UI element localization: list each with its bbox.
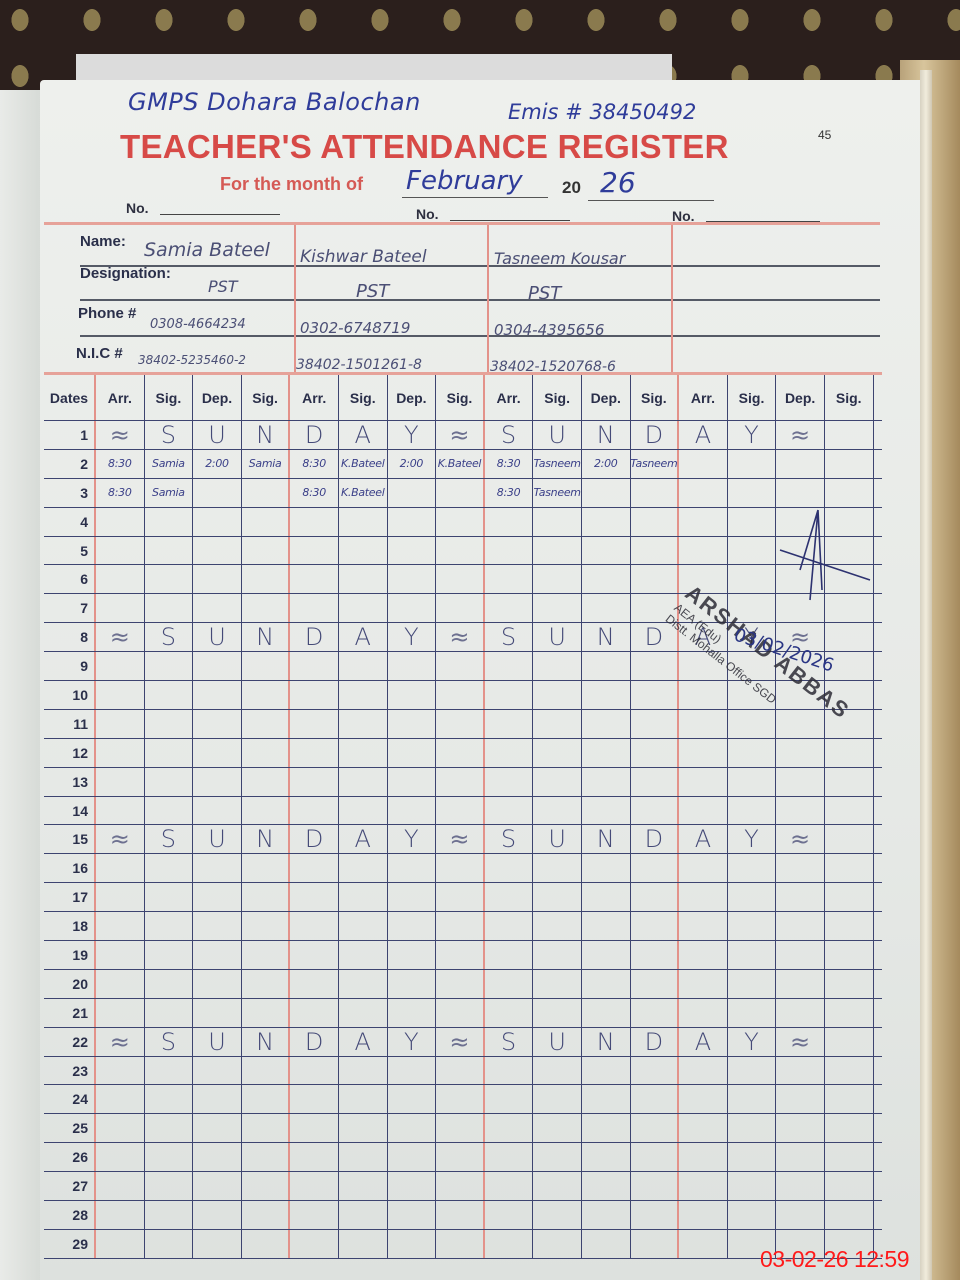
attendance-cell[interactable]: U <box>193 421 242 449</box>
attendance-cell[interactable]: D <box>290 623 339 651</box>
attendance-cell[interactable] <box>96 508 145 536</box>
attendance-cell[interactable] <box>436 1114 485 1142</box>
attendance-cell[interactable] <box>339 681 388 709</box>
attendance-cell[interactable] <box>290 854 339 882</box>
attendance-cell[interactable] <box>193 999 242 1027</box>
attendance-cell[interactable] <box>679 941 728 969</box>
attendance-cell[interactable] <box>96 941 145 969</box>
attendance-cell[interactable] <box>728 768 777 796</box>
attendance-cell[interactable] <box>436 1143 485 1171</box>
attendance-cell[interactable] <box>96 1230 145 1258</box>
attendance-cell[interactable] <box>339 999 388 1027</box>
attendance-cell[interactable] <box>582 479 631 507</box>
attendance-cell[interactable] <box>582 1201 631 1229</box>
attendance-cell[interactable] <box>290 1114 339 1142</box>
attendance-cell[interactable] <box>582 883 631 911</box>
attendance-cell[interactable] <box>631 912 680 940</box>
attendance-cell[interactable]: Samia <box>145 450 194 478</box>
attendance-cell[interactable] <box>242 537 291 565</box>
attendance-cell[interactable] <box>485 1143 534 1171</box>
attendance-cell[interactable]: 2:00 <box>388 450 437 478</box>
attendance-cell[interactable] <box>485 797 534 825</box>
attendance-cell[interactable] <box>436 999 485 1027</box>
attendance-cell[interactable] <box>339 1114 388 1142</box>
attendance-cell[interactable] <box>242 565 291 593</box>
attendance-cell[interactable] <box>582 739 631 767</box>
attendance-cell[interactable] <box>96 797 145 825</box>
attendance-cell[interactable]: Y <box>728 421 777 449</box>
attendance-cell[interactable] <box>339 565 388 593</box>
attendance-cell[interactable] <box>388 941 437 969</box>
attendance-cell[interactable] <box>485 508 534 536</box>
attendance-cell[interactable] <box>145 970 194 998</box>
attendance-cell[interactable] <box>582 797 631 825</box>
attendance-cell[interactable] <box>290 1230 339 1258</box>
attendance-cell[interactable] <box>533 739 582 767</box>
attendance-cell[interactable] <box>631 565 680 593</box>
attendance-cell[interactable] <box>485 1201 534 1229</box>
attendance-cell[interactable] <box>533 594 582 622</box>
attendance-cell[interactable]: S <box>145 421 194 449</box>
attendance-cell[interactable]: U <box>533 421 582 449</box>
attendance-cell[interactable] <box>825 421 874 449</box>
attendance-cell[interactable] <box>145 537 194 565</box>
attendance-cell[interactable] <box>388 797 437 825</box>
attendance-cell[interactable] <box>533 1114 582 1142</box>
attendance-cell[interactable]: Tasneem <box>533 479 582 507</box>
attendance-cell[interactable] <box>485 652 534 680</box>
attendance-cell[interactable] <box>776 883 825 911</box>
attendance-cell[interactable] <box>582 710 631 738</box>
attendance-cell[interactable] <box>533 999 582 1027</box>
attendance-cell[interactable]: A <box>679 421 728 449</box>
attendance-cell[interactable] <box>339 1057 388 1085</box>
attendance-cell[interactable] <box>193 768 242 796</box>
attendance-cell[interactable] <box>485 1114 534 1142</box>
attendance-cell[interactable]: S <box>145 825 194 853</box>
attendance-cell[interactable] <box>96 912 145 940</box>
attendance-cell[interactable]: A <box>339 1028 388 1056</box>
attendance-cell[interactable] <box>679 768 728 796</box>
attendance-cell[interactable] <box>388 1172 437 1200</box>
attendance-cell[interactable] <box>388 1057 437 1085</box>
attendance-cell[interactable] <box>825 883 874 911</box>
attendance-cell[interactable] <box>290 1201 339 1229</box>
attendance-cell[interactable] <box>825 1143 874 1171</box>
attendance-cell[interactable] <box>388 710 437 738</box>
attendance-cell[interactable]: D <box>290 825 339 853</box>
attendance-cell[interactable]: Y <box>388 825 437 853</box>
attendance-cell[interactable] <box>242 1114 291 1142</box>
attendance-cell[interactable] <box>679 883 728 911</box>
attendance-cell[interactable] <box>145 768 194 796</box>
attendance-cell[interactable] <box>290 681 339 709</box>
attendance-cell[interactable] <box>436 970 485 998</box>
attendance-cell[interactable]: N <box>582 1028 631 1056</box>
attendance-cell[interactable] <box>728 1057 777 1085</box>
attendance-cell[interactable]: K.Bateel <box>339 479 388 507</box>
attendance-cell[interactable] <box>679 537 728 565</box>
attendance-cell[interactable] <box>388 537 437 565</box>
attendance-cell[interactable] <box>679 1172 728 1200</box>
attendance-cell[interactable]: S <box>485 623 534 651</box>
attendance-cell[interactable]: 8:30 <box>96 450 145 478</box>
attendance-cell[interactable] <box>533 508 582 536</box>
attendance-cell[interactable]: A <box>339 623 388 651</box>
attendance-cell[interactable] <box>96 565 145 593</box>
attendance-cell[interactable] <box>145 1114 194 1142</box>
attendance-cell[interactable]: ≈ <box>776 825 825 853</box>
attendance-cell[interactable] <box>193 508 242 536</box>
attendance-cell[interactable] <box>145 652 194 680</box>
attendance-cell[interactable] <box>436 652 485 680</box>
attendance-cell[interactable] <box>825 999 874 1027</box>
attendance-cell[interactable] <box>145 1230 194 1258</box>
attendance-cell[interactable] <box>533 1172 582 1200</box>
attendance-cell[interactable] <box>145 1172 194 1200</box>
attendance-cell[interactable] <box>485 1057 534 1085</box>
attendance-cell[interactable] <box>436 883 485 911</box>
attendance-cell[interactable] <box>728 1201 777 1229</box>
attendance-cell[interactable] <box>96 768 145 796</box>
attendance-cell[interactable] <box>533 681 582 709</box>
attendance-cell[interactable] <box>582 565 631 593</box>
attendance-cell[interactable]: A <box>339 421 388 449</box>
attendance-cell[interactable] <box>290 537 339 565</box>
attendance-cell[interactable] <box>145 999 194 1027</box>
attendance-cell[interactable] <box>631 479 680 507</box>
attendance-cell[interactable] <box>533 1085 582 1113</box>
attendance-cell[interactable] <box>728 797 777 825</box>
attendance-cell[interactable] <box>290 1172 339 1200</box>
attendance-cell[interactable] <box>533 883 582 911</box>
attendance-cell[interactable] <box>242 1085 291 1113</box>
attendance-cell[interactable]: 8:30 <box>96 479 145 507</box>
attendance-cell[interactable] <box>388 1114 437 1142</box>
attendance-cell[interactable] <box>145 565 194 593</box>
attendance-cell[interactable]: Y <box>388 421 437 449</box>
attendance-cell[interactable] <box>728 883 777 911</box>
attendance-cell[interactable] <box>388 970 437 998</box>
attendance-cell[interactable] <box>339 652 388 680</box>
attendance-cell[interactable]: D <box>631 825 680 853</box>
attendance-cell[interactable] <box>242 941 291 969</box>
attendance-cell[interactable] <box>339 739 388 767</box>
attendance-cell[interactable]: ≈ <box>436 825 485 853</box>
attendance-cell[interactable] <box>728 1114 777 1142</box>
attendance-cell[interactable] <box>728 999 777 1027</box>
attendance-cell[interactable] <box>485 912 534 940</box>
attendance-cell[interactable]: Y <box>728 1028 777 1056</box>
attendance-cell[interactable] <box>290 739 339 767</box>
attendance-cell[interactable] <box>242 883 291 911</box>
attendance-cell[interactable] <box>776 450 825 478</box>
attendance-cell[interactable] <box>679 1143 728 1171</box>
attendance-cell[interactable] <box>582 652 631 680</box>
attendance-cell[interactable]: Samia <box>145 479 194 507</box>
attendance-cell[interactable] <box>193 941 242 969</box>
attendance-cell[interactable] <box>631 1143 680 1171</box>
attendance-cell[interactable]: Y <box>388 623 437 651</box>
attendance-cell[interactable] <box>776 970 825 998</box>
attendance-cell[interactable] <box>145 1057 194 1085</box>
attendance-cell[interactable] <box>145 710 194 738</box>
attendance-cell[interactable] <box>339 768 388 796</box>
attendance-cell[interactable]: ≈ <box>436 1028 485 1056</box>
attendance-cell[interactable]: D <box>290 421 339 449</box>
attendance-cell[interactable] <box>825 970 874 998</box>
attendance-cell[interactable]: U <box>533 825 582 853</box>
attendance-cell[interactable] <box>436 1201 485 1229</box>
attendance-cell[interactable]: ≈ <box>776 421 825 449</box>
attendance-cell[interactable] <box>96 710 145 738</box>
attendance-cell[interactable] <box>290 594 339 622</box>
attendance-cell[interactable] <box>582 1085 631 1113</box>
attendance-cell[interactable] <box>145 594 194 622</box>
attendance-cell[interactable] <box>193 710 242 738</box>
attendance-cell[interactable]: S <box>145 1028 194 1056</box>
attendance-cell[interactable] <box>679 1085 728 1113</box>
attendance-cell[interactable] <box>96 1114 145 1142</box>
attendance-cell[interactable]: N <box>582 421 631 449</box>
attendance-cell[interactable] <box>533 1230 582 1258</box>
attendance-cell[interactable]: Tasneem <box>631 450 680 478</box>
attendance-cell[interactable] <box>582 508 631 536</box>
attendance-cell[interactable] <box>631 1114 680 1142</box>
attendance-cell[interactable]: N <box>242 1028 291 1056</box>
attendance-cell[interactable] <box>193 1172 242 1200</box>
attendance-cell[interactable]: N <box>582 623 631 651</box>
attendance-cell[interactable] <box>825 1028 874 1056</box>
attendance-cell[interactable]: Samia <box>242 450 291 478</box>
attendance-cell[interactable] <box>339 508 388 536</box>
attendance-cell[interactable] <box>582 999 631 1027</box>
attendance-cell[interactable] <box>436 1230 485 1258</box>
attendance-cell[interactable] <box>825 825 874 853</box>
attendance-cell[interactable]: K.Bateel <box>436 450 485 478</box>
attendance-cell[interactable] <box>193 1057 242 1085</box>
attendance-cell[interactable] <box>533 652 582 680</box>
attendance-cell[interactable] <box>485 999 534 1027</box>
attendance-cell[interactable] <box>145 941 194 969</box>
attendance-cell[interactable] <box>631 710 680 738</box>
attendance-cell[interactable] <box>96 999 145 1027</box>
attendance-cell[interactable] <box>776 1114 825 1142</box>
attendance-cell[interactable] <box>436 508 485 536</box>
attendance-cell[interactable] <box>388 883 437 911</box>
attendance-cell[interactable]: 2:00 <box>193 450 242 478</box>
attendance-cell[interactable] <box>339 854 388 882</box>
attendance-cell[interactable] <box>728 912 777 940</box>
attendance-cell[interactable] <box>825 1201 874 1229</box>
attendance-cell[interactable] <box>679 739 728 767</box>
attendance-cell[interactable] <box>193 912 242 940</box>
attendance-cell[interactable] <box>436 594 485 622</box>
attendance-cell[interactable] <box>96 1143 145 1171</box>
attendance-cell[interactable]: U <box>533 1028 582 1056</box>
attendance-cell[interactable] <box>242 710 291 738</box>
attendance-cell[interactable] <box>96 1085 145 1113</box>
attendance-cell[interactable] <box>339 912 388 940</box>
attendance-cell[interactable] <box>679 1230 728 1258</box>
attendance-cell[interactable] <box>728 970 777 998</box>
attendance-cell[interactable] <box>728 854 777 882</box>
attendance-cell[interactable]: 8:30 <box>485 479 534 507</box>
attendance-cell[interactable] <box>631 941 680 969</box>
attendance-cell[interactable] <box>388 912 437 940</box>
attendance-cell[interactable] <box>485 537 534 565</box>
attendance-cell[interactable] <box>96 537 145 565</box>
attendance-cell[interactable]: ≈ <box>96 623 145 651</box>
attendance-cell[interactable] <box>290 797 339 825</box>
attendance-cell[interactable] <box>679 479 728 507</box>
attendance-cell[interactable] <box>193 681 242 709</box>
attendance-cell[interactable] <box>631 1201 680 1229</box>
attendance-cell[interactable] <box>290 652 339 680</box>
attendance-cell[interactable] <box>582 537 631 565</box>
attendance-cell[interactable]: ≈ <box>96 1028 145 1056</box>
attendance-cell[interactable] <box>96 652 145 680</box>
attendance-cell[interactable] <box>533 537 582 565</box>
attendance-cell[interactable] <box>776 1172 825 1200</box>
attendance-cell[interactable] <box>728 450 777 478</box>
attendance-cell[interactable]: N <box>242 421 291 449</box>
attendance-cell[interactable]: ≈ <box>436 421 485 449</box>
attendance-cell[interactable] <box>339 941 388 969</box>
attendance-cell[interactable] <box>339 883 388 911</box>
attendance-cell[interactable] <box>679 999 728 1027</box>
attendance-cell[interactable]: D <box>290 1028 339 1056</box>
attendance-cell[interactable] <box>388 594 437 622</box>
attendance-cell[interactable] <box>193 797 242 825</box>
attendance-cell[interactable] <box>679 797 728 825</box>
attendance-cell[interactable]: N <box>242 825 291 853</box>
attendance-cell[interactable] <box>388 508 437 536</box>
attendance-cell[interactable] <box>631 1057 680 1085</box>
attendance-cell[interactable] <box>485 970 534 998</box>
attendance-cell[interactable]: 8:30 <box>485 450 534 478</box>
attendance-cell[interactable] <box>96 739 145 767</box>
attendance-cell[interactable] <box>96 970 145 998</box>
attendance-cell[interactable] <box>776 912 825 940</box>
attendance-cell[interactable] <box>242 1201 291 1229</box>
attendance-cell[interactable] <box>339 594 388 622</box>
attendance-cell[interactable] <box>388 479 437 507</box>
attendance-cell[interactable] <box>290 970 339 998</box>
attendance-cell[interactable] <box>290 565 339 593</box>
attendance-cell[interactable] <box>193 1230 242 1258</box>
attendance-cell[interactable] <box>631 854 680 882</box>
attendance-cell[interactable] <box>485 883 534 911</box>
attendance-cell[interactable]: Tasneem <box>533 450 582 478</box>
attendance-cell[interactable]: Y <box>388 1028 437 1056</box>
attendance-cell[interactable] <box>436 479 485 507</box>
attendance-cell[interactable]: ≈ <box>96 421 145 449</box>
attendance-cell[interactable] <box>436 768 485 796</box>
attendance-cell[interactable] <box>145 739 194 767</box>
attendance-cell[interactable] <box>825 1085 874 1113</box>
attendance-cell[interactable] <box>242 1230 291 1258</box>
attendance-cell[interactable] <box>436 854 485 882</box>
attendance-cell[interactable] <box>582 912 631 940</box>
attendance-cell[interactable]: A <box>679 1028 728 1056</box>
attendance-cell[interactable] <box>582 1230 631 1258</box>
attendance-cell[interactable] <box>631 1230 680 1258</box>
attendance-cell[interactable] <box>679 1114 728 1142</box>
attendance-cell[interactable]: U <box>193 623 242 651</box>
attendance-cell[interactable] <box>436 1085 485 1113</box>
attendance-cell[interactable] <box>193 652 242 680</box>
attendance-cell[interactable] <box>485 739 534 767</box>
attendance-cell[interactable] <box>436 710 485 738</box>
attendance-cell[interactable] <box>631 970 680 998</box>
attendance-cell[interactable] <box>582 681 631 709</box>
attendance-cell[interactable] <box>290 710 339 738</box>
attendance-cell[interactable] <box>388 1143 437 1171</box>
attendance-cell[interactable]: K.Bateel <box>339 450 388 478</box>
attendance-cell[interactable] <box>776 1085 825 1113</box>
attendance-cell[interactable] <box>242 652 291 680</box>
attendance-cell[interactable] <box>290 883 339 911</box>
attendance-cell[interactable] <box>242 970 291 998</box>
attendance-cell[interactable]: A <box>339 825 388 853</box>
attendance-cell[interactable] <box>193 854 242 882</box>
attendance-cell[interactable] <box>679 450 728 478</box>
attendance-cell[interactable] <box>242 768 291 796</box>
attendance-cell[interactable] <box>679 1201 728 1229</box>
attendance-cell[interactable] <box>582 1114 631 1142</box>
attendance-cell[interactable] <box>631 508 680 536</box>
attendance-cell[interactable] <box>825 912 874 940</box>
attendance-cell[interactable] <box>679 1057 728 1085</box>
attendance-cell[interactable] <box>631 797 680 825</box>
attendance-cell[interactable] <box>242 797 291 825</box>
attendance-cell[interactable] <box>242 999 291 1027</box>
attendance-cell[interactable] <box>485 594 534 622</box>
attendance-cell[interactable] <box>388 1230 437 1258</box>
attendance-cell[interactable] <box>242 1172 291 1200</box>
attendance-cell[interactable]: Y <box>728 825 777 853</box>
attendance-cell[interactable] <box>582 1057 631 1085</box>
attendance-cell[interactable]: S <box>485 825 534 853</box>
attendance-cell[interactable]: ≈ <box>776 1028 825 1056</box>
attendance-cell[interactable] <box>388 768 437 796</box>
attendance-cell[interactable] <box>631 1172 680 1200</box>
attendance-cell[interactable] <box>388 565 437 593</box>
attendance-cell[interactable] <box>485 1230 534 1258</box>
attendance-cell[interactable] <box>193 739 242 767</box>
attendance-cell[interactable] <box>193 883 242 911</box>
attendance-cell[interactable] <box>582 768 631 796</box>
attendance-cell[interactable] <box>339 797 388 825</box>
attendance-cell[interactable] <box>631 537 680 565</box>
attendance-cell[interactable] <box>825 623 874 651</box>
attendance-cell[interactable] <box>436 537 485 565</box>
attendance-cell[interactable] <box>631 883 680 911</box>
attendance-cell[interactable] <box>776 854 825 882</box>
attendance-cell[interactable] <box>679 970 728 998</box>
attendance-cell[interactable] <box>96 1201 145 1229</box>
attendance-cell[interactable] <box>728 941 777 969</box>
attendance-cell[interactable] <box>582 1143 631 1171</box>
attendance-cell[interactable] <box>145 1201 194 1229</box>
attendance-cell[interactable] <box>96 1172 145 1200</box>
attendance-cell[interactable]: D <box>631 421 680 449</box>
attendance-cell[interactable] <box>485 941 534 969</box>
attendance-cell[interactable] <box>339 1230 388 1258</box>
attendance-cell[interactable] <box>339 710 388 738</box>
attendance-cell[interactable] <box>825 941 874 969</box>
